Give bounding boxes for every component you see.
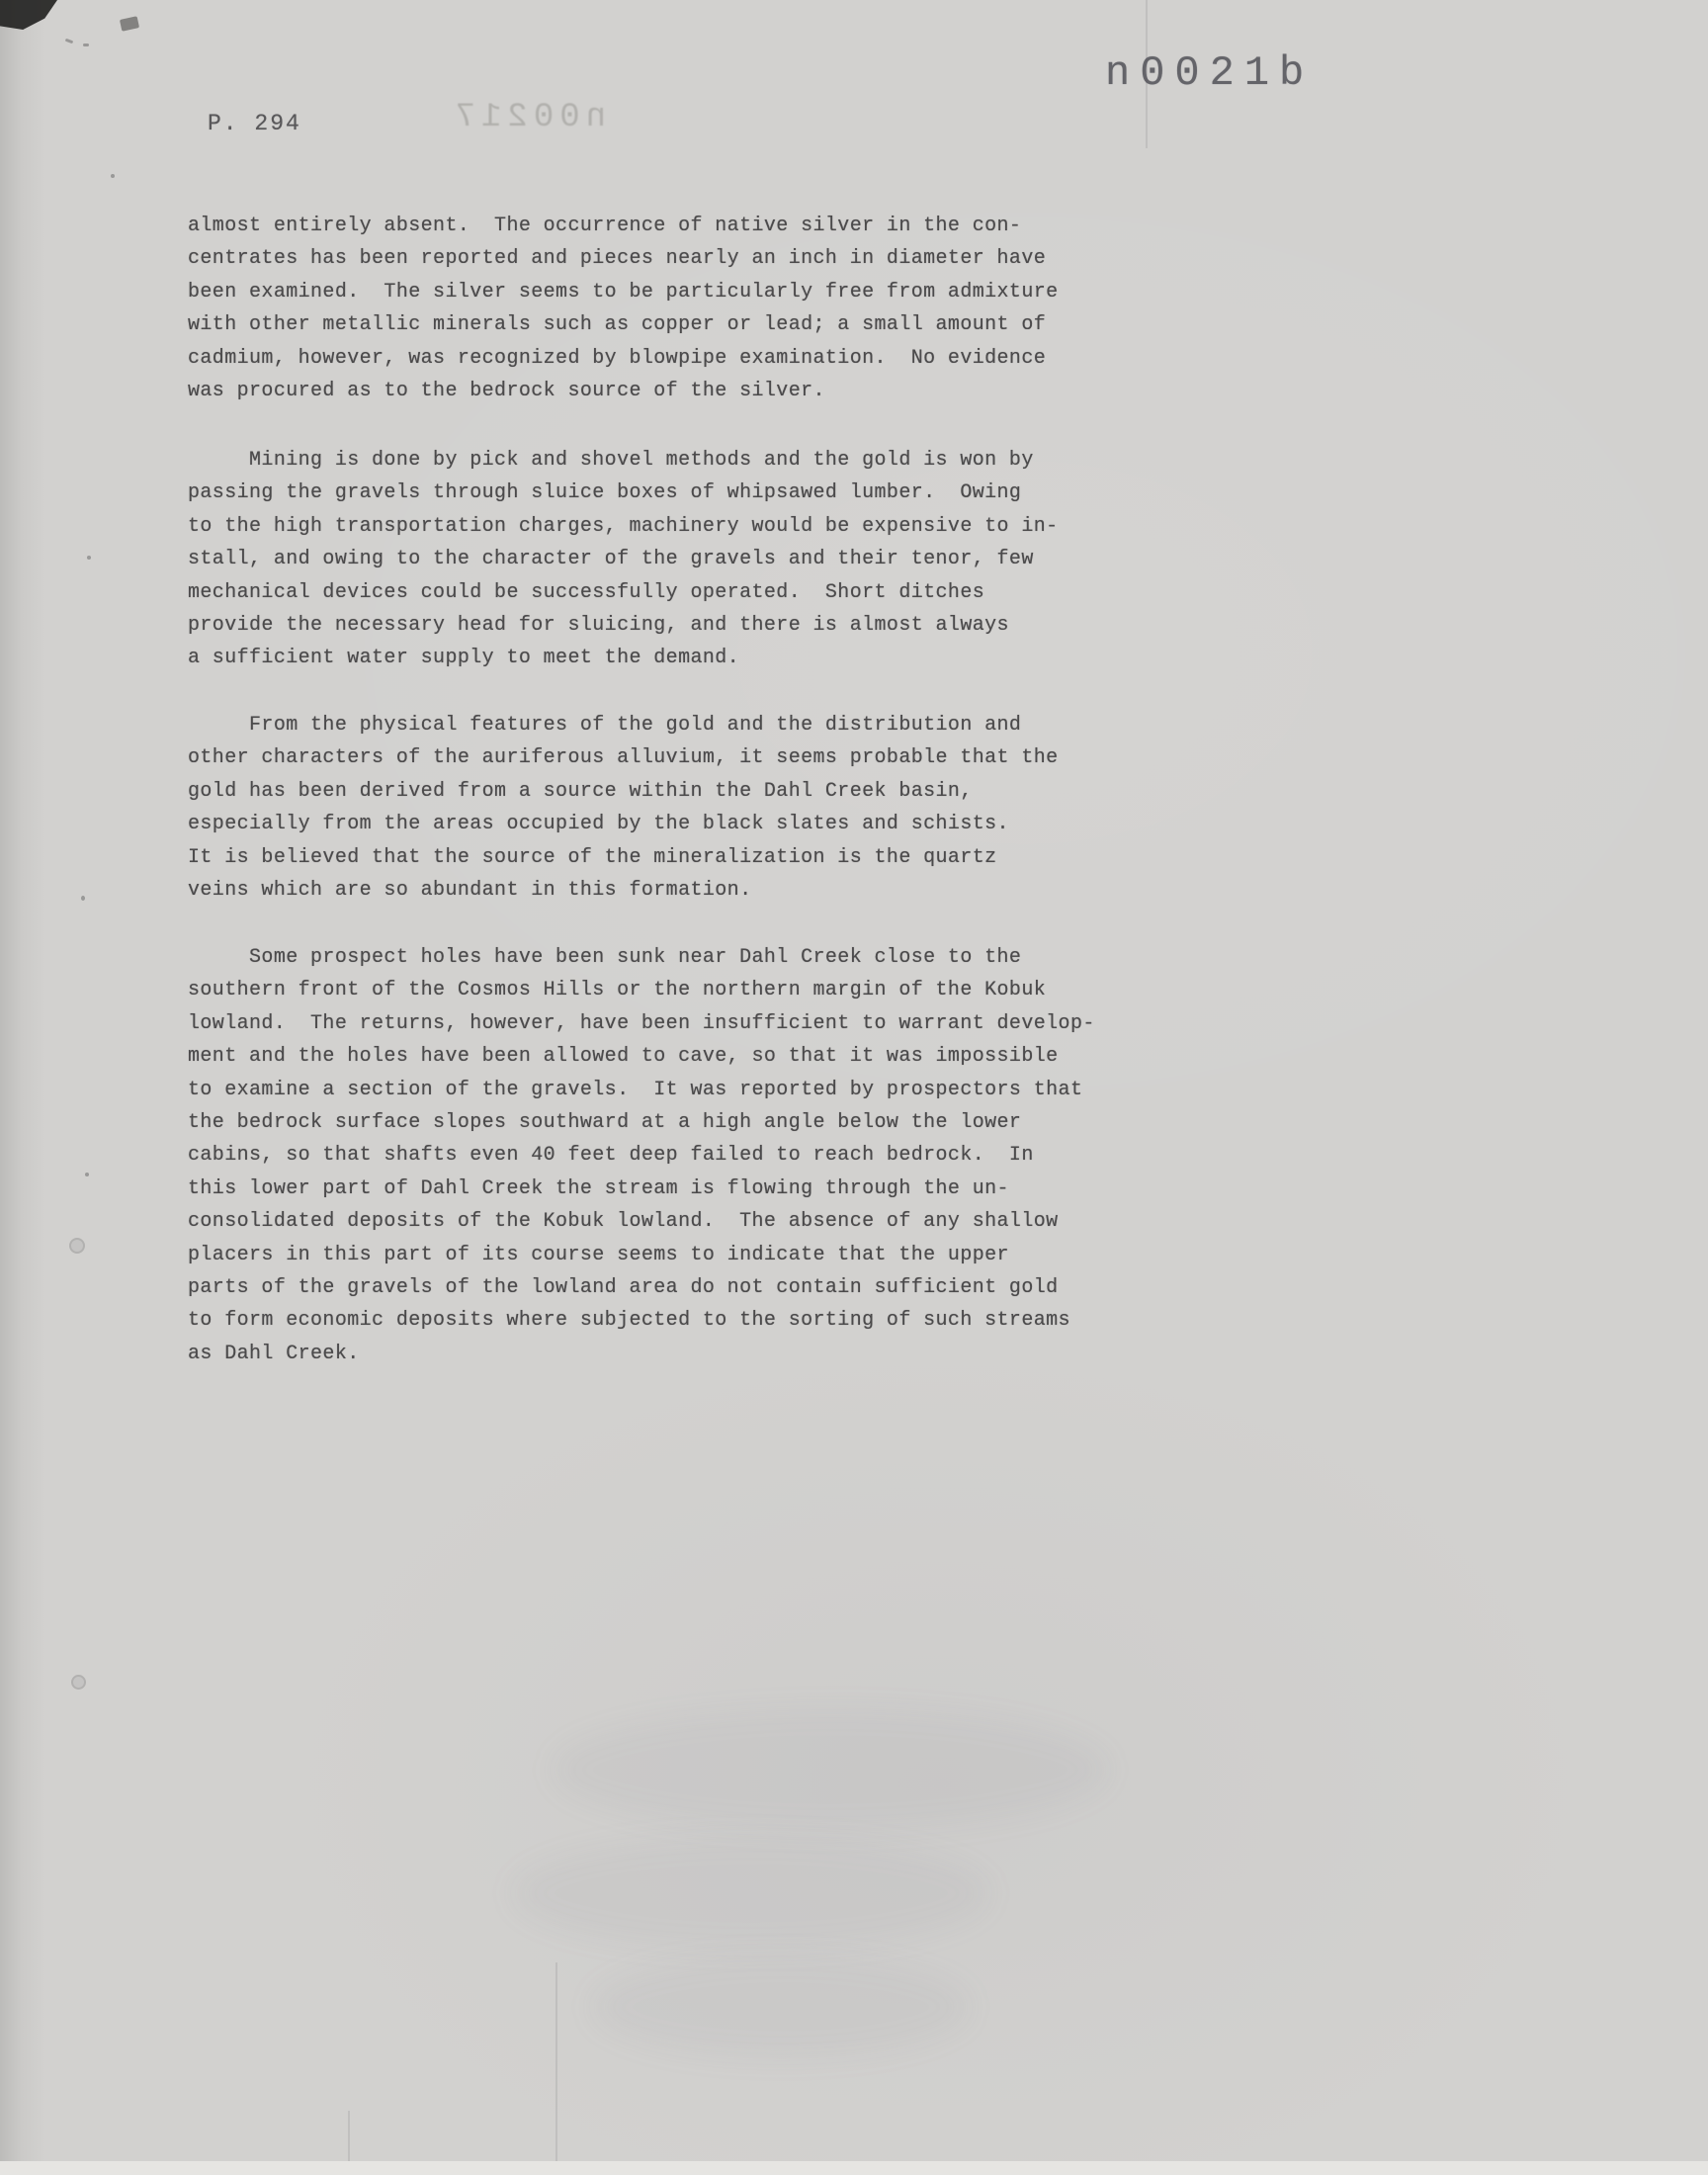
scan-corner-artifact — [0, 0, 57, 30]
bleed-through-blotch — [593, 1957, 969, 2056]
scan-edge-bottom — [0, 2161, 1708, 2175]
scanned-document-page: P. 294 n00217 n0021b almost entirely abs… — [0, 0, 1708, 2175]
catalog-stamp: n0021b — [1105, 49, 1314, 97]
scan-speck — [87, 556, 91, 560]
body-paragraph-3: From the physical features of the gold a… — [188, 709, 1059, 907]
scan-speck-mark — [65, 39, 74, 44]
body-paragraph-4: Some prospect holes have been sunk near … — [188, 941, 1095, 1370]
scan-crease-line — [555, 1962, 557, 2175]
bleed-through-blotch — [554, 1710, 1107, 1829]
ghost-stamp: n00217 — [403, 99, 606, 136]
scan-speck — [85, 1173, 89, 1176]
bleed-through-blotch — [514, 1839, 988, 1948]
scan-speck-mark — [120, 16, 139, 31]
scan-speck — [111, 174, 115, 178]
scan-speck — [81, 896, 85, 901]
punch-hole-mark — [71, 1675, 86, 1690]
body-paragraph-2: Mining is done by pick and shovel method… — [188, 444, 1059, 675]
page-number: P. 294 — [208, 111, 301, 136]
scan-speck-mark — [83, 43, 89, 46]
punch-hole-mark — [69, 1238, 85, 1254]
body-paragraph-1: almost entirely absent. The occurrence o… — [188, 210, 1059, 407]
